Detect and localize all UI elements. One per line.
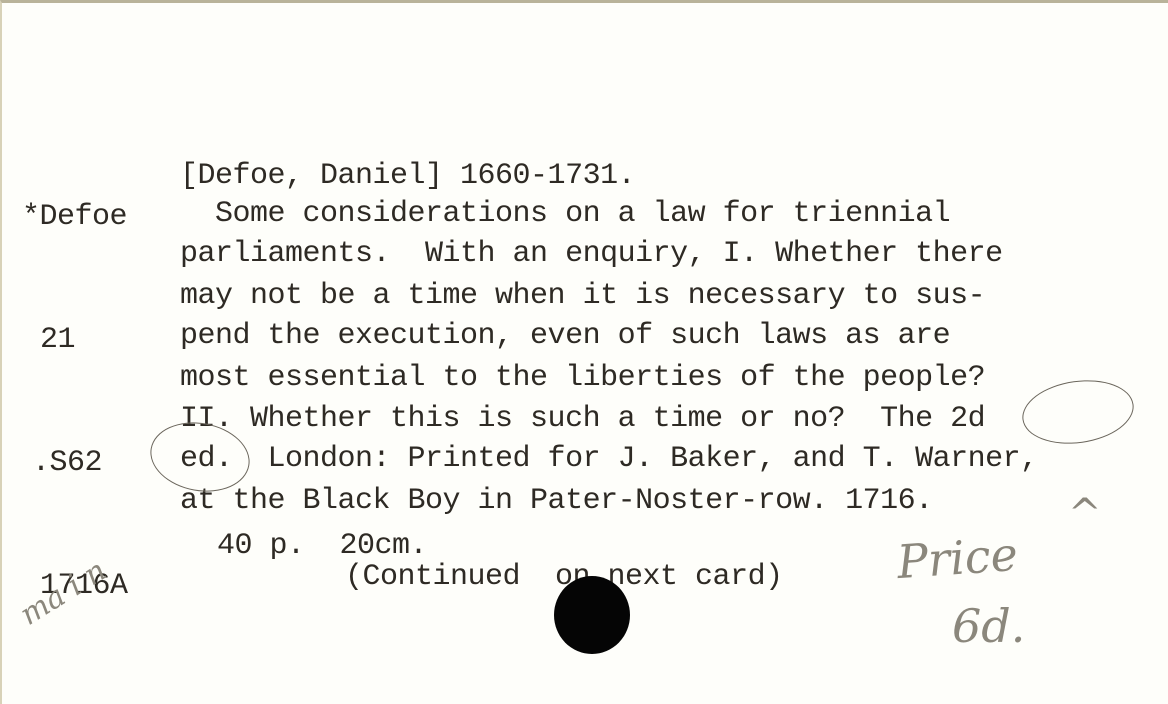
title-line: most essential to the liberties of the p… bbox=[180, 358, 985, 399]
heading: [Defoe, Daniel] 1660-1731. bbox=[180, 156, 635, 197]
call-number-line: .S62 bbox=[22, 443, 128, 484]
title-line: may not be a time when it is necessary t… bbox=[180, 276, 985, 317]
call-number-line: 21 bbox=[22, 320, 128, 361]
title-line: parliaments. With an enquiry, I. Whether… bbox=[180, 234, 1003, 275]
catalog-card: *Defoe 21 .S62 1716A [Defoe, Daniel] 166… bbox=[0, 0, 1168, 704]
imprint-line: ed. London: Printed for J. Baker, and T.… bbox=[180, 439, 1038, 480]
title-line: Some considerations on a law for trienni… bbox=[180, 194, 950, 235]
title-line: pend the execution, even of such laws as… bbox=[180, 316, 950, 357]
handwritten-price-label: Price bbox=[895, 527, 1019, 589]
imprint-line: at the Black Boy in Pater-Noster-row. 17… bbox=[180, 481, 933, 522]
handwritten-caret: ^ bbox=[1068, 491, 1102, 537]
title-line: II. Whether this is such a time or no? T… bbox=[180, 399, 985, 440]
punch-hole bbox=[554, 576, 630, 654]
handwritten-price-value: 6d. bbox=[952, 599, 1025, 653]
call-number-line: *Defoe bbox=[22, 197, 128, 238]
